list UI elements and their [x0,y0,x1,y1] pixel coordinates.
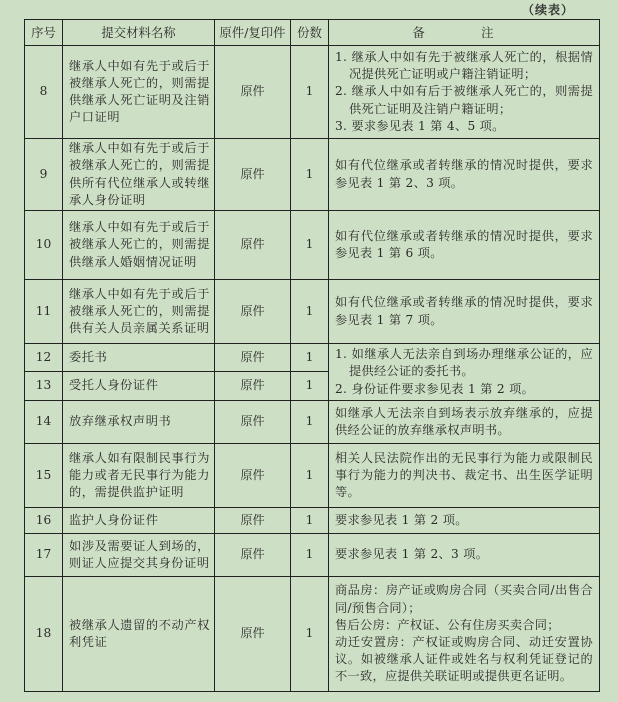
row-notes: 如有代位继承或者转继承的情况时提供，要求参见表 1 第 7 项。 [329,280,600,344]
row-no: 15 [25,444,63,508]
row-notes: 如继承人无法亲自到场表示放弃继承的，应提供经公证的放弃继承权声明书。 [329,401,600,444]
row-notes: 要求参见表 1 第 2 项。 [329,508,600,534]
note-line: 商品房：房产证或购房合同（买卖合同/出售合同/预售合同）； [335,582,593,616]
note-line: 2. 继承人中如有后于被继承人死亡的，则需提供死亡证明及注销户籍证明； [335,83,593,117]
row-no: 13 [25,372,63,401]
row-no: 17 [25,534,63,577]
row-no: 12 [25,344,63,372]
row-original-or-copy: 原件 [215,211,291,280]
note-line: 相关人民法院作出的无民事行为能力或限制民事行为能力的判决书、裁定书、出生医学证明… [335,450,593,502]
row-no: 11 [25,280,63,344]
row-original-or-copy: 原件 [215,577,291,692]
row-notes: 1. 继承人中如有先于被继承人死亡的，根据情况提供死亡证明或户籍注销证明； 2.… [329,46,600,139]
row-copies: 1 [291,280,329,344]
table-row: 16 监护人身份证件 原件 1 要求参见表 1 第 2 项。 [25,508,600,534]
row-no: 16 [25,508,63,534]
row-notes-merged: 1. 如继承人无法亲自到场办理继承公证的，应提供经公证的委托书。 2. 身份证件… [329,344,600,401]
row-original-or-copy: 原件 [215,372,291,401]
row-material-name: 委托书 [63,344,215,372]
row-copies: 1 [291,401,329,444]
column-header-no: 序号 [25,20,63,46]
row-material-name: 如涉及需要证人到场的，则证人应提交其身份证明 [63,534,215,577]
column-header-name: 提交材料名称 [63,20,215,46]
table-row: 8 继承人中如有先于或后于被继承人死亡的，则需提供继承人死亡证明及注销户口证明 … [25,46,600,139]
note-line: 3. 要求参见表 1 第 4、5 项。 [335,118,593,135]
row-no: 14 [25,401,63,444]
row-no: 8 [25,46,63,139]
table-row: 11 继承人中如有先于或后于被继承人死亡的，则需提供有关人员亲属关系证明 原件 … [25,280,600,344]
row-notes: 如有代位继承或者转继承的情况时提供，要求参见表 1 第 6 项。 [329,211,600,280]
row-copies: 1 [291,211,329,280]
materials-table: 序号 提交材料名称 原件/复印件 份数 备 注 8 继承人中如有先于或后于被继承… [24,19,600,692]
row-copies: 1 [291,139,329,211]
row-material-name: 受托人身份证件 [63,372,215,401]
column-header-notes: 备 注 [329,20,600,46]
row-copies: 1 [291,372,329,401]
row-no: 10 [25,211,63,280]
table-row: 14 放弃继承权声明书 原件 1 如继承人无法亲自到场表示放弃继承的，应提供经公… [25,401,600,444]
row-notes: 要求参见表 1 第 2、3 项。 [329,534,600,577]
note-line: 如有代位继承或者转继承的情况时提供，要求参见表 1 第 6 项。 [335,228,593,262]
row-material-name: 监护人身份证件 [63,508,215,534]
row-material-name: 被继承人遗留的不动产权利凭证 [63,577,215,692]
note-line: 要求参见表 1 第 2 项。 [335,512,593,529]
row-copies: 1 [291,344,329,372]
note-line: 如继承人无法亲自到场表示放弃继承的，应提供经公证的放弃继承权声明书。 [335,405,593,439]
row-original-or-copy: 原件 [215,444,291,508]
row-original-or-copy: 原件 [215,534,291,577]
row-copies: 1 [291,534,329,577]
table-header-row: 序号 提交材料名称 原件/复印件 份数 备 注 [25,20,600,46]
row-no: 9 [25,139,63,211]
column-header-notes-label: 备 注 [412,25,515,40]
row-original-or-copy: 原件 [215,401,291,444]
row-copies: 1 [291,508,329,534]
note-line: 1. 继承人中如有先于被继承人死亡的，根据情况提供死亡证明或户籍注销证明； [335,49,593,83]
table-row: 12 委托书 原件 1 1. 如继承人无法亲自到场办理继承公证的，应提供经公证的… [25,344,600,372]
row-no: 18 [25,577,63,692]
row-original-or-copy: 原件 [215,280,291,344]
row-original-or-copy: 原件 [215,139,291,211]
row-notes: 相关人民法院作出的无民事行为能力或限制民事行为能力的判决书、裁定书、出生医学证明… [329,444,600,508]
row-original-or-copy: 原件 [215,46,291,139]
note-line: 2. 身份证件要求参见表 1 第 2 项。 [335,381,593,398]
note-line: 要求参见表 1 第 2、3 项。 [335,546,593,563]
row-material-name: 继承人中如有先于或后于被继承人死亡的，则需提供所有代位继承人或转继承人身份证明 [63,139,215,211]
row-notes: 如有代位继承或者转继承的情况时提供，要求参见表 1 第 2、3 项。 [329,139,600,211]
note-line: 售后公房：产权证、公有住房买卖合同； [335,617,593,634]
row-material-name: 放弃继承权声明书 [63,401,215,444]
note-line: 如有代位继承或者转继承的情况时提供，要求参见表 1 第 2、3 项。 [335,157,593,191]
table-row: 17 如涉及需要证人到场的，则证人应提交其身份证明 原件 1 要求参见表 1 第… [25,534,600,577]
column-header-original-or-copy: 原件/复印件 [215,20,291,46]
row-original-or-copy: 原件 [215,344,291,372]
table-row: 18 被继承人遗留的不动产权利凭证 原件 1 商品房：房产证或购房合同（买卖合同… [25,577,600,692]
column-header-copies: 份数 [291,20,329,46]
row-material-name: 继承人中如有先于或后于被继承人死亡的，则需提供继承人死亡证明及注销户口证明 [63,46,215,139]
note-line: 动迁安置房：产权证或购房合同、动迁安置协议。如被继承人证件或姓名与权利凭证登记的… [335,634,593,686]
row-notes: 商品房：房产证或购房合同（买卖合同/出售合同/预售合同）； 售后公房：产权证、公… [329,577,600,692]
table-row: 9 继承人中如有先于或后于被继承人死亡的，则需提供所有代位继承人或转继承人身份证… [25,139,600,211]
table-row: 15 继承人如有限制民事行为能力或者无民事行为能力的，需提供监护证明 原件 1 … [25,444,600,508]
row-material-name: 继承人如有限制民事行为能力或者无民事行为能力的，需提供监护证明 [63,444,215,508]
row-copies: 1 [291,444,329,508]
row-copies: 1 [291,46,329,139]
note-line: 1. 如继承人无法亲自到场办理继承公证的，应提供经公证的委托书。 [335,346,593,380]
row-material-name: 继承人中如有先于或后于被继承人死亡的，则需提供有关人员亲属关系证明 [63,280,215,344]
row-original-or-copy: 原件 [215,508,291,534]
table-row: 10 继承人中如有先于或后于被继承人死亡的，则需提供继承人婚姻情况证明 原件 1… [25,211,600,280]
continued-label: （续表） [522,1,574,18]
row-copies: 1 [291,577,329,692]
note-line: 如有代位继承或者转继承的情况时提供，要求参见表 1 第 7 项。 [335,294,593,328]
row-material-name: 继承人中如有先于或后于被继承人死亡的，则需提供继承人婚姻情况证明 [63,211,215,280]
